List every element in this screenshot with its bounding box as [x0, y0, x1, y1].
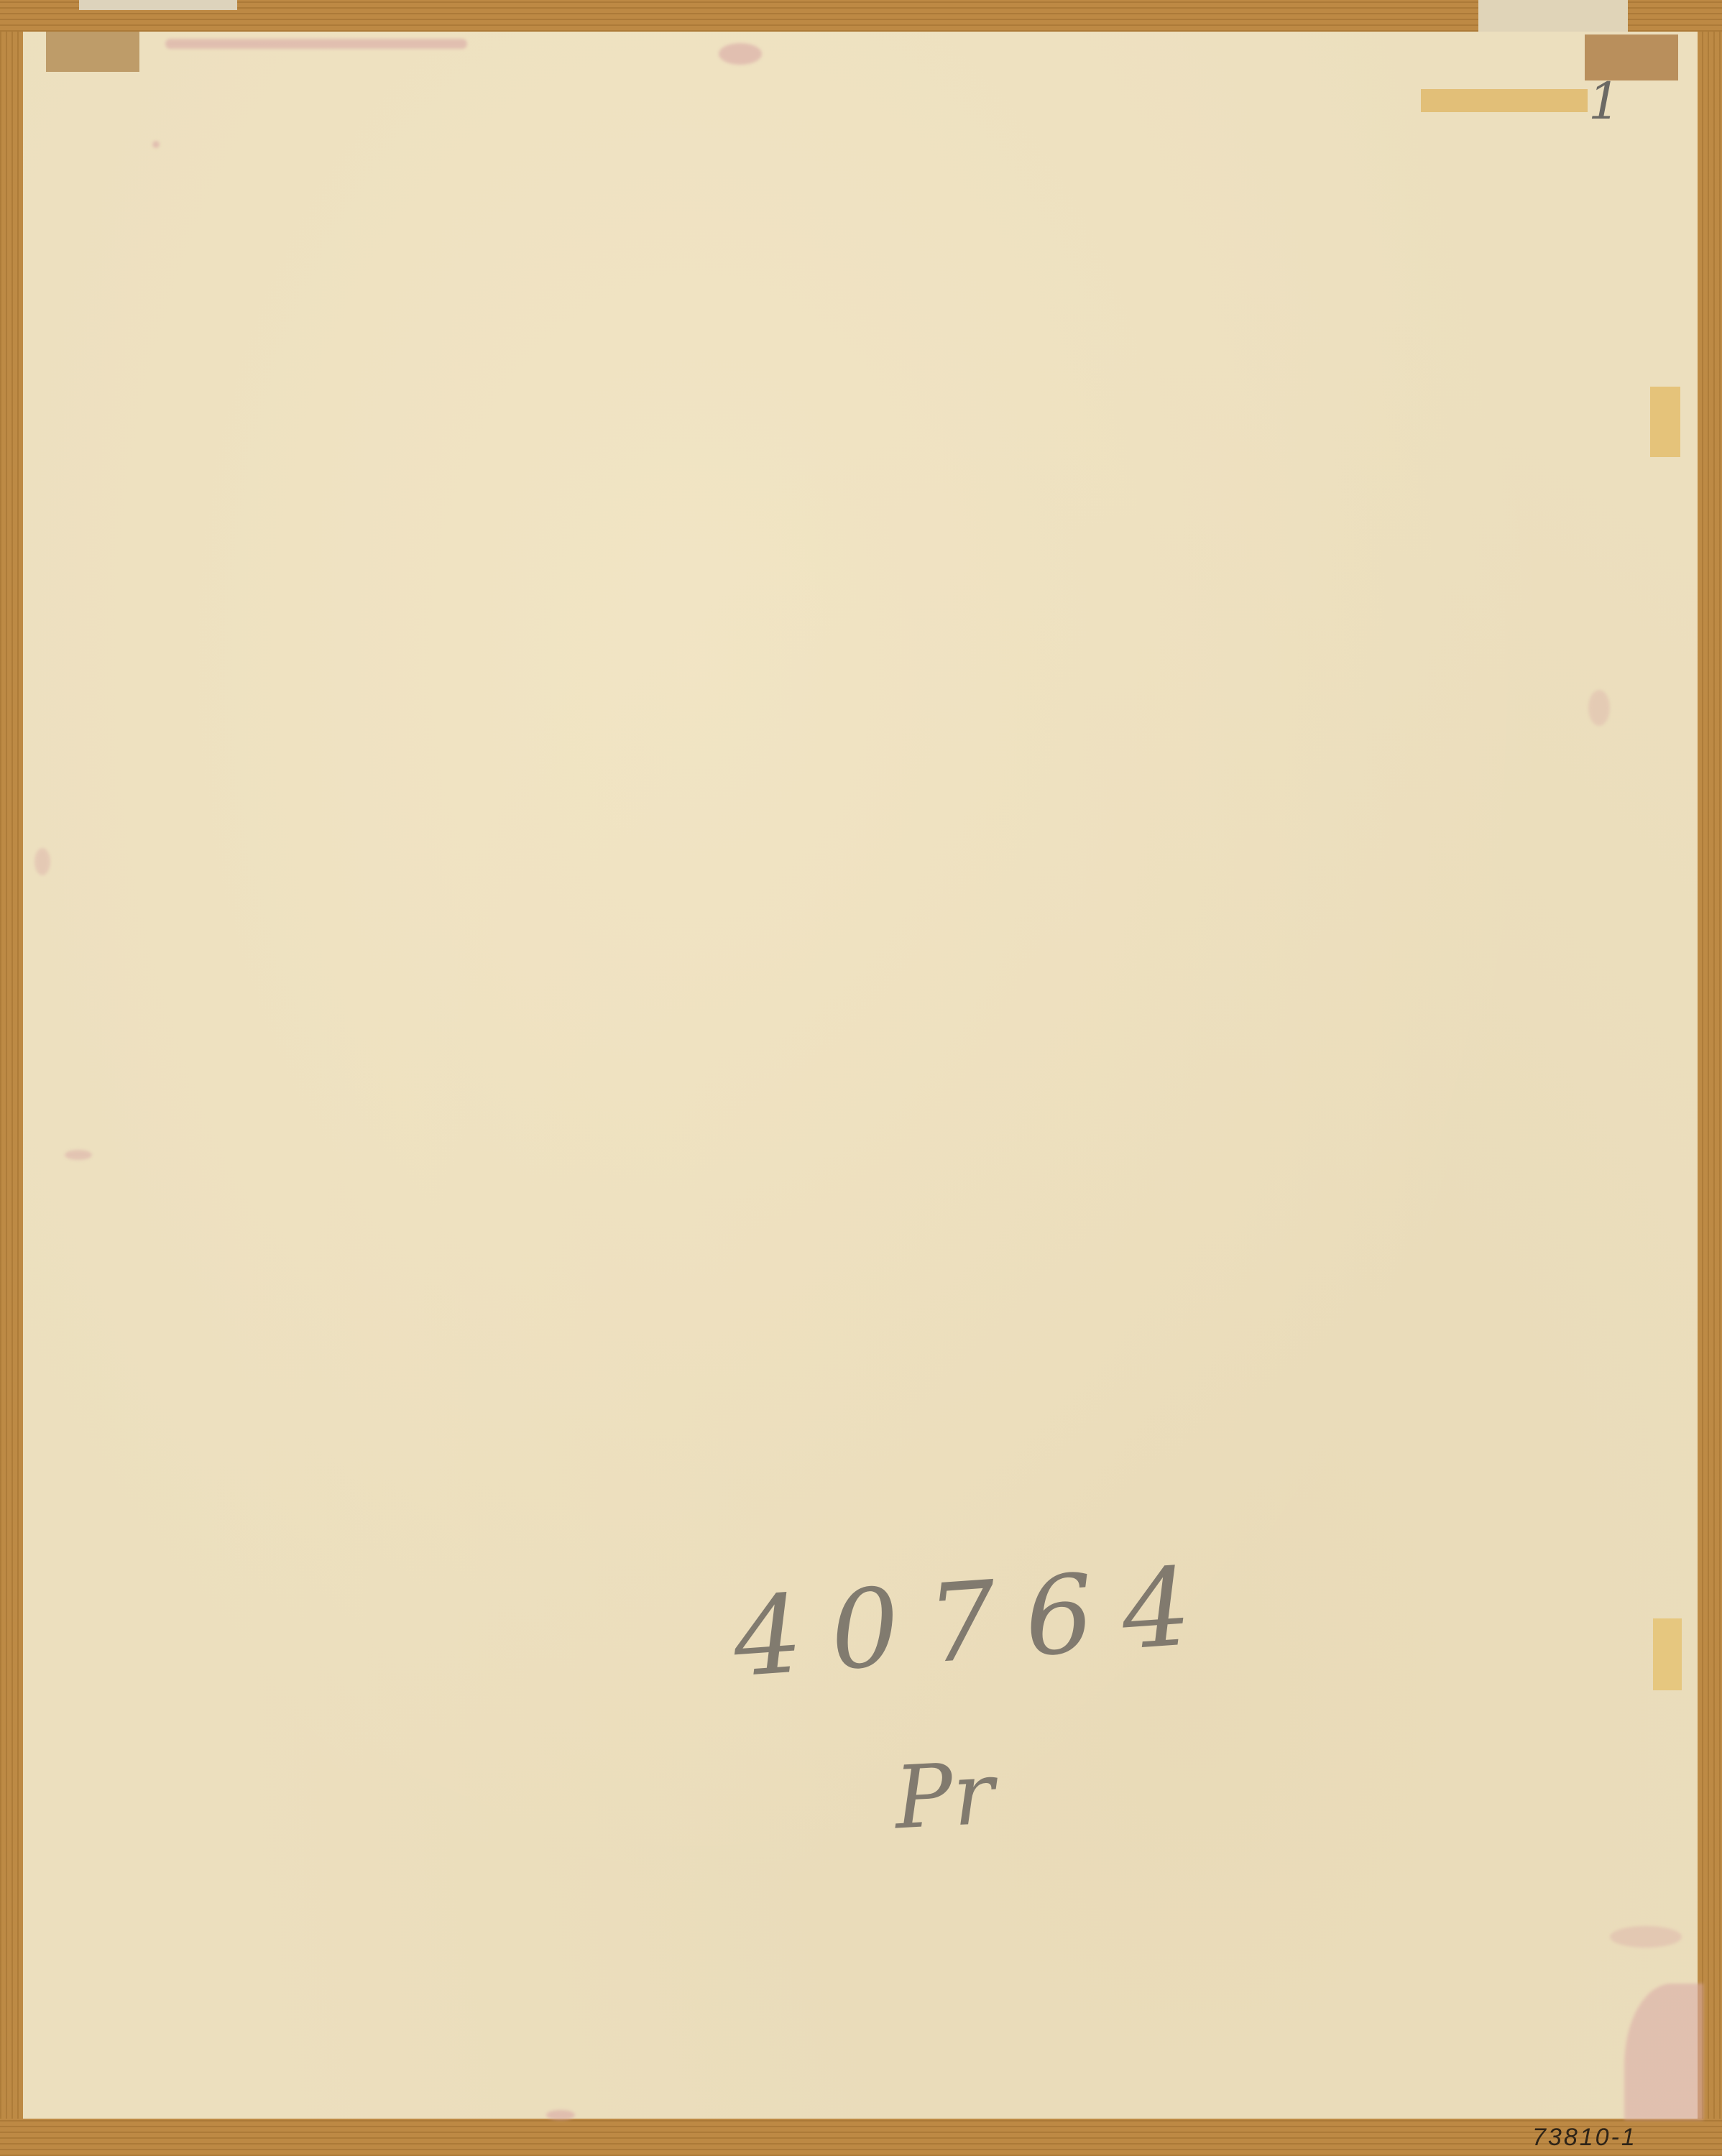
- pink-dot: [152, 141, 160, 148]
- pink-stain-left-1: [34, 848, 50, 875]
- tape-right-upper: [1650, 387, 1680, 457]
- tape-right-lower: [1653, 1618, 1682, 1690]
- artwork-paper-reverse: [23, 32, 1698, 2119]
- pencil-initials: Pr: [892, 1743, 996, 1848]
- pink-stain-streak: [1610, 1926, 1682, 1948]
- pink-stain-right: [1588, 690, 1610, 726]
- tape-top-right-yellow: [1421, 89, 1588, 112]
- pink-stain-left-2: [65, 1150, 92, 1160]
- tape-top-left-white: [79, 0, 237, 10]
- pencil-corner-mark: 1: [1588, 72, 1621, 131]
- inventory-label: 73810-1: [1532, 2124, 1637, 2152]
- cardboard-top-edge: [0, 0, 1722, 32]
- cardboard-bottom-edge: [0, 2119, 1722, 2156]
- pink-stain-top: [165, 39, 467, 49]
- tape-top-left: [46, 32, 139, 72]
- pink-stain-blob: [719, 43, 762, 65]
- pink-stain-bottom: [546, 2110, 575, 2120]
- tape-top-right-white: [1478, 0, 1628, 34]
